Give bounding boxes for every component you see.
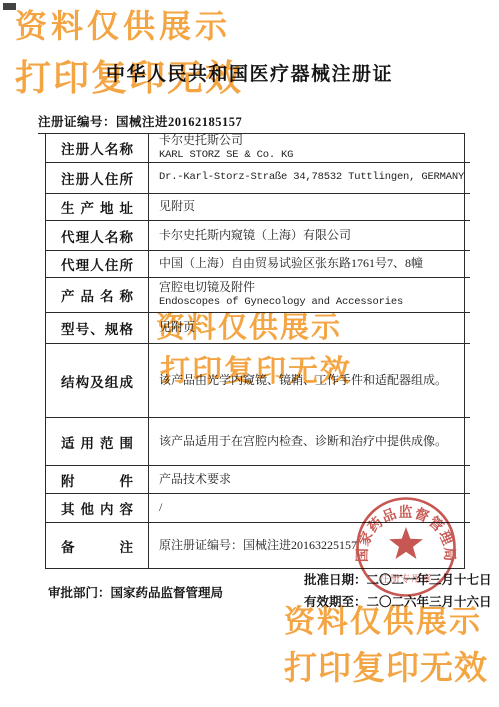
watermark-top-line1: 资料仅供展示: [15, 10, 231, 42]
certificate-number-label: 注册证编号：: [38, 115, 116, 129]
label-structure-composition: 结构及组成: [46, 344, 149, 418]
value-attachment: 产品技术要求: [149, 466, 470, 494]
watermark-bottom-line2: 打印复印无效: [284, 651, 488, 684]
approval-department-value: 国家药品监督管理局: [111, 586, 224, 600]
label-agent-address: 代理人住所: [46, 251, 149, 278]
label-production-address: 生产地址: [46, 194, 149, 221]
value-registrant-address: Dr.-Karl-Storz-Straße 34,78532 Tuttlinge…: [149, 163, 470, 194]
label-scope-of-application: 适用范围: [46, 418, 149, 466]
registration-certificate-page: { "watermark": { "line1": "资料仅供展示", "lin…: [0, 0, 499, 707]
label-model-spec: 型号、规格: [46, 313, 149, 344]
value-product-name: 宫腔电切镜及附件 Endoscopes of Gynecology and Ac…: [149, 278, 470, 313]
certificate-number-line: 注册证编号：国械注进20162185157: [38, 112, 465, 134]
label-remarks: 备注: [46, 523, 149, 568]
watermark-middle-line2: 打印复印无效: [160, 357, 352, 387]
label-registrant-address: 注册人住所: [46, 163, 149, 194]
watermark-bottom-line1: 资料仅供展示: [284, 606, 482, 637]
value-agent-address: 中国（上海）自由贸易试验区张东路1761号7、8幢: [149, 251, 470, 278]
label-registrant-name: 注册人名称: [46, 134, 149, 163]
value-production-address: 见附页: [149, 194, 470, 221]
seal-sub-text: 注册专用章: [380, 573, 433, 585]
watermark-middle-line1: 资料仅供展示: [156, 314, 342, 343]
value-agent-name: 卡尔史托斯内窥镜（上海）有限公司: [149, 221, 470, 251]
label-other-content: 其他内容: [46, 494, 149, 523]
watermark-top-line2: 打印复印无效: [15, 60, 243, 96]
value-registrant-name: 卡尔史托斯公司 KARL STORZ SE & Co. KG: [149, 134, 470, 163]
label-attachment: 附件: [46, 466, 149, 494]
value-scope-of-application: 该产品适用于在宫腔内检查、诊断和治疗中提供成像。: [149, 418, 470, 466]
approval-department-line: 审批部门：国家药品监督管理局: [48, 583, 223, 601]
approval-department-label: 审批部门：: [48, 586, 111, 600]
official-seal: 国家药品监督管理局 注册专用章: [355, 496, 457, 598]
certificate-number-value: 国械注进20162185157: [116, 115, 242, 129]
label-product-name: 产品名称: [46, 278, 149, 313]
label-agent-name: 代理人名称: [46, 221, 149, 251]
seal-star-icon: [389, 527, 423, 559]
